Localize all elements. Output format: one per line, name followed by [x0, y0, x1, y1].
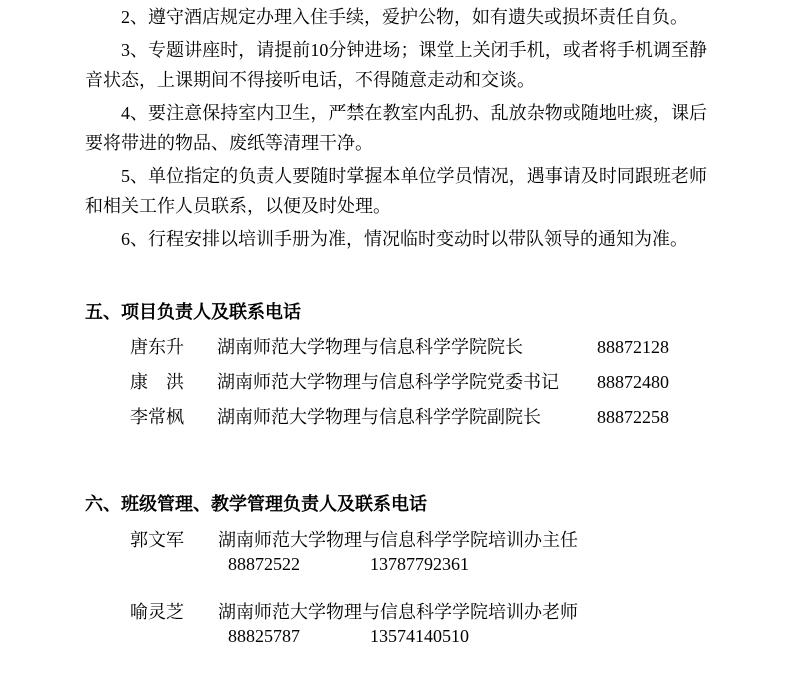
rules-paragraphs: 2、遵守酒店规定办理入住手续，爱护公物，如有遗失或损坏责任自负。 3、专题讲座时…	[85, 2, 707, 257]
contact-title: 湖南师范大学物理与信息科学学院副院长	[217, 405, 541, 429]
contact-name: 喻灵芝	[130, 600, 184, 624]
contact-phone: 88872258	[597, 405, 669, 429]
contact-row: 唐东升 湖南师范大学物理与信息科学学院院长 88872128	[85, 335, 707, 359]
section-six-heading: 六、班级管理、教学管理负责人及联系电话	[85, 492, 427, 516]
contact-mobile-phone: 13574140510	[370, 624, 469, 648]
document-page: 2、遵守酒店规定办理入住手续，爱护公物，如有遗失或损坏责任自负。 3、专题讲座时…	[0, 0, 790, 688]
contact-phone: 88872128	[597, 335, 669, 359]
contact-name: 李常枫	[130, 405, 184, 429]
contact-title: 湖南师范大学物理与信息科学学院党委书记	[217, 370, 559, 394]
contact-row: 李常枫 湖南师范大学物理与信息科学学院副院长 88872258	[85, 405, 707, 429]
contact-row: 郭文军 湖南师范大学物理与信息科学学院培训办主任	[85, 528, 707, 552]
rule-item-2: 2、遵守酒店规定办理入住手续，爱护公物，如有遗失或损坏责任自负。	[85, 2, 707, 32]
contact-phones-row: 88825787 13574140510	[85, 624, 707, 648]
contact-name: 康 洪	[130, 370, 184, 394]
contact-phones-row: 88872522 13787792361	[85, 552, 707, 576]
rule-item-4: 4、要注意保持室内卫生，严禁在教室内乱扔、乱放杂物或随地吐痰，课后要将带进的物品…	[85, 98, 707, 158]
contact-title: 湖南师范大学物理与信息科学学院院长	[217, 335, 523, 359]
contact-title: 湖南师范大学物理与信息科学学院培训办老师	[218, 600, 578, 624]
contact-title: 湖南师范大学物理与信息科学学院培训办主任	[218, 528, 578, 552]
contact-office-phone: 88872522	[228, 552, 300, 576]
rule-item-6: 6、行程安排以培训手册为准，情况临时变动时以带队领导的通知为准。	[85, 224, 707, 254]
contact-mobile-phone: 13787792361	[370, 552, 469, 576]
section-five-heading: 五、项目负责人及联系电话	[85, 300, 301, 324]
contact-name: 唐东升	[130, 335, 184, 359]
contact-row: 喻灵芝 湖南师范大学物理与信息科学学院培训办老师	[85, 600, 707, 624]
contact-name: 郭文军	[130, 528, 184, 552]
contact-office-phone: 88825787	[228, 624, 300, 648]
contact-phone: 88872480	[597, 370, 669, 394]
rule-item-5: 5、单位指定的负责人要随时掌握本单位学员情况，遇事请及时同跟班老师和相关工作人员…	[85, 161, 707, 221]
contact-row: 康 洪 湖南师范大学物理与信息科学学院党委书记 88872480	[85, 370, 707, 394]
rule-item-3: 3、专题讲座时，请提前10分钟进场；课堂上关闭手机，或者将手机调至静音状态，上课…	[85, 35, 707, 95]
